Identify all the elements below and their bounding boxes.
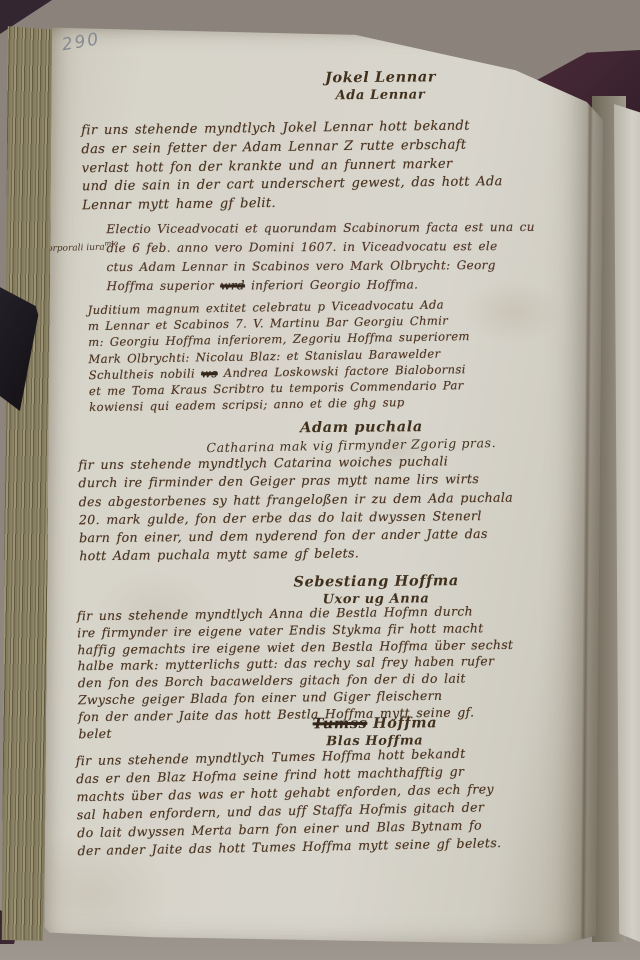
- section-electio: corporali iuramto Electio Viceadvocati e…: [80, 220, 567, 300]
- page-surface: 290 Jokel Lennar Ada Lennar fir uns steh…: [44, 24, 604, 945]
- section-blas-hoffma: Tumss Hoffma Blas Hoffma fir uns stehend…: [75, 712, 562, 864]
- paragraph: Electio Viceadvocati et quorundam Scabin…: [80, 218, 566, 297]
- paragraph: Juditium magnum extitet celebratu p Vice…: [80, 295, 568, 416]
- text-line: die 6 feb. anno vero Domini 1607. in Vic…: [106, 237, 566, 258]
- paragraph: fir uns stehende myndtlych Tumes Hoffma …: [76, 743, 564, 860]
- manuscript-page: 290 Jokel Lennar Ada Lennar fir uns steh…: [44, 24, 604, 945]
- section-juditium: Juditium magnum extitet celebratu p Vice…: [79, 302, 566, 420]
- section-heading-struck: Tumss Hoffma: [132, 713, 618, 734]
- paragraph: fir uns stehende myndtlych Jokel Lennar …: [81, 116, 568, 216]
- section-subheading: Ada Lennar: [137, 86, 623, 105]
- struck-word: ws: [201, 366, 218, 380]
- text-line: ctus Adam Lennar in Scabinos vero Mark O…: [106, 256, 566, 277]
- text-line: Hoffma superior wrd inferiori Georgio Ho…: [107, 275, 567, 296]
- text-line: hott Adam puchala mytt same gf belets.: [79, 543, 565, 566]
- struck-word: wrd: [220, 278, 245, 292]
- struck-word: Tumss: [313, 715, 368, 732]
- section-heading: Sebestiang Hoffma: [133, 571, 619, 592]
- manuscript-photo: 290 Jokel Lennar Ada Lennar fir uns steh…: [0, 0, 640, 960]
- folio-number: 290: [60, 29, 101, 55]
- paragraph: fir uns stehende myndtlych Catarina woic…: [78, 451, 565, 566]
- text-line: Electio Viceadvocati et quorundam Scabin…: [106, 218, 566, 239]
- section-jokel-lennar: Jokel Lennar Ada Lennar fir uns stehende…: [80, 66, 567, 220]
- gutter-crease-shadow: [580, 99, 593, 939]
- section-adam-puchala: Adam puchala Catharina mak vig firmynder…: [77, 416, 564, 570]
